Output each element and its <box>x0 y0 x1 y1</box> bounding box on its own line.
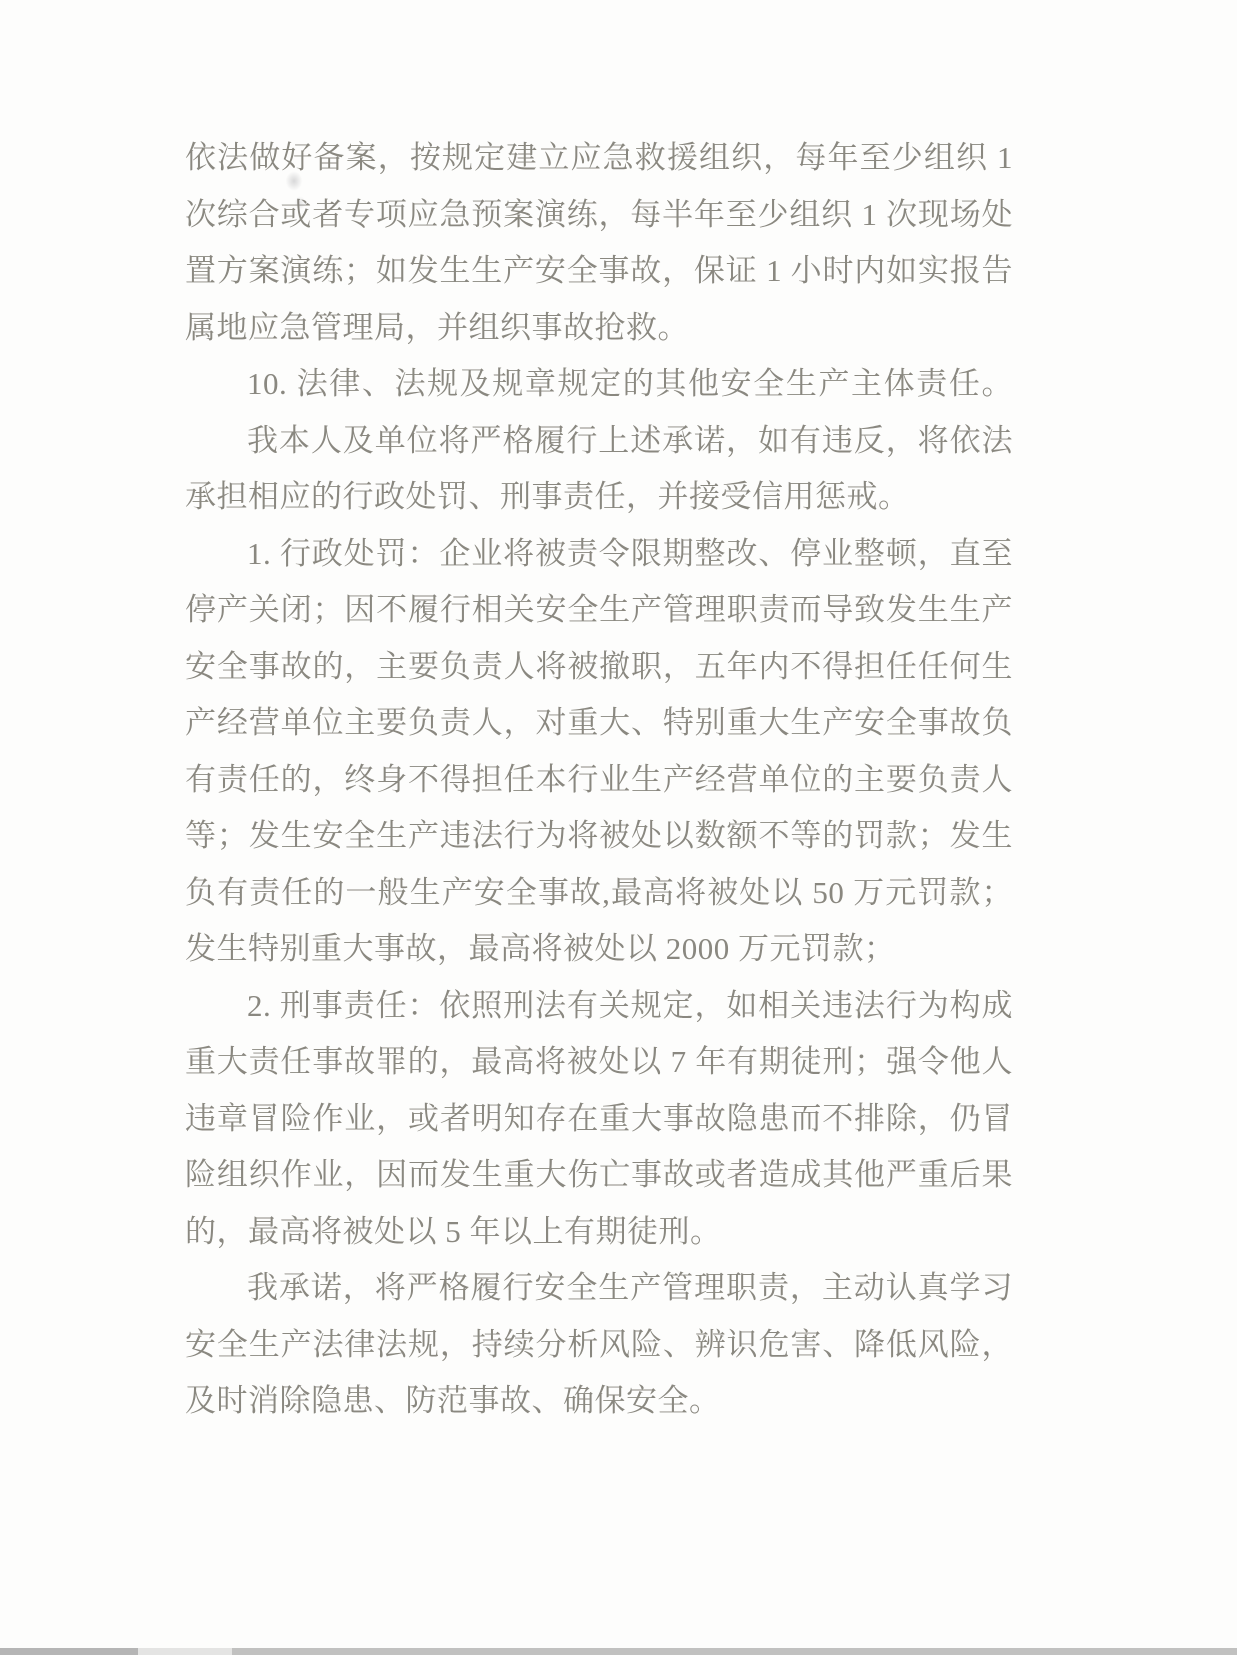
text-line: 停产关闭；因不履行相关安全生产管理职责而导致发生生产 <box>185 582 1013 639</box>
text-line: 等；发生安全生产违法行为将被处以数额不等的罚款；发生 <box>185 808 1013 865</box>
text-line: 安全生产法律法规，持续分析风险、辨识危害、降低风险， <box>185 1317 1013 1374</box>
text-line: 产经营单位主要负责人，对重大、特别重大生产安全事故负 <box>185 695 1013 752</box>
text-line: 及时消除隐患、防范事故、确保安全。 <box>185 1373 1013 1430</box>
text-line: 发生特别重大事故，最高将被处以 2000 万元罚款； <box>185 921 1013 978</box>
text-line: 属地应急管理局，并组织事故抢救。 <box>185 300 1013 357</box>
text-line: 负有责任的一般生产安全事故,最高将被处以 50 万元罚款； <box>185 865 1013 922</box>
text-line: 置方案演练；如发生生产安全事故，保证 1 小时内如实报告 <box>185 243 1013 300</box>
text-block: 依法做好备案，按规定建立应急救援组织，每年至少组织 1 次综合或者专项应急预案演… <box>185 130 1013 1430</box>
text-line: 我本人及单位将严格履行上述承诺，如有违反，将依法 <box>185 413 1013 470</box>
text-line: 我承诺，将严格履行安全生产管理职责，主动认真学习 <box>185 1260 1013 1317</box>
text-line: 2. 刑事责任：依照刑法有关规定，如相关违法行为构成 <box>185 978 1013 1035</box>
text-line: 有责任的，终身不得担任本行业生产经营单位的主要负责人 <box>185 752 1013 809</box>
text-line: 的，最高将被处以 5 年以上有期徒刑。 <box>185 1204 1013 1261</box>
text-line: 依法做好备案，按规定建立应急救援组织，每年至少组织 1 <box>185 130 1013 187</box>
text-line: 承担相应的行政处罚、刑事责任，并接受信用惩戒。 <box>185 469 1013 526</box>
text-line: 次综合或者专项应急预案演练，每半年至少组织 1 次现场处 <box>185 187 1013 244</box>
text-line: 10. 法律、法规及规章规定的其他安全生产主体责任。 <box>185 356 1013 413</box>
scan-edge-artifact <box>0 1648 1237 1655</box>
text-line: 1. 行政处罚：企业将被责令限期整改、停业整顿，直至 <box>185 526 1013 583</box>
text-line: 安全事故的，主要负责人将被撤职，五年内不得担任任何生 <box>185 639 1013 696</box>
document-page: 依法做好备案，按规定建立应急救援组织，每年至少组织 1 次综合或者专项应急预案演… <box>0 0 1237 1655</box>
text-line: 重大责任事故罪的，最高将被处以 7 年有期徒刑；强令他人 <box>185 1034 1013 1091</box>
text-line: 险组织作业，因而发生重大伤亡事故或者造成其他严重后果 <box>185 1147 1013 1204</box>
text-line: 违章冒险作业，或者明知存在重大事故隐患而不排除，仍冒 <box>185 1091 1013 1148</box>
